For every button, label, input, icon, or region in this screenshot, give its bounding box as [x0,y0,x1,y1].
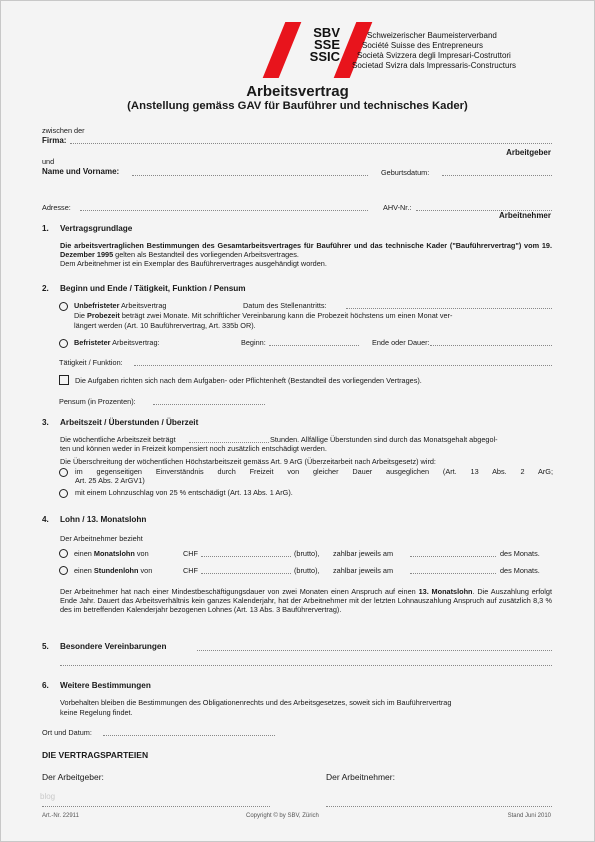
overtime-compensation-radio[interactable] [59,468,68,477]
overtime-text: Die Überschreitung der wöchentlichen Höc… [60,457,436,466]
salary-intro: Der Arbeitnehmer bezieht [60,534,143,543]
and-label: und [42,157,54,166]
section-1-title: Vertragsgrundlage [60,224,132,233]
hours-text-a: Die wöchentliche Arbeitszeit beträgt [60,435,176,444]
start-date-field[interactable] [346,308,552,309]
brutto-label: (brutto), [294,566,320,575]
page-title: Arbeitsvertrag [0,83,595,100]
name-label: Name und Vorname: [42,167,119,177]
ahv-label: AHV-Nr.: [383,203,411,212]
pensum-field[interactable] [153,404,265,405]
section-3-number: 3. [42,418,49,427]
hours-text-b: Stunden. Allfällige Überstunden sind dur… [270,435,498,444]
birthdate-field[interactable] [442,175,552,176]
section-2-title: Beginn und Ende / Tätigkeit, Funktion / … [60,284,246,293]
address-field[interactable] [80,210,368,211]
overtime-option-2: mit einem Lohnzuschlag von 25 % entschäd… [75,488,293,497]
section-4-number: 4. [42,515,49,524]
hourly-payday-field[interactable] [410,573,496,574]
payable-label: zahlbar jeweils am [333,549,393,558]
section-1-number: 1. [42,224,49,233]
org-name-rm: Societad Svizra dals Impressaris-Constru… [352,61,516,71]
hourly-wage-radio[interactable] [59,566,68,575]
watermark: blog [40,792,55,801]
begin-field[interactable] [269,345,359,346]
unlimited-contract-radio[interactable] [59,302,68,311]
section-1-text: Die arbeitsvertraglichen Bestimmungen de… [60,241,552,268]
thirteenth-salary-text: Der Arbeitnehmer hat nach einer Mindestb… [60,587,552,614]
overtime-surcharge-radio[interactable] [59,489,68,498]
page-subtitle: (Anstellung gemäss GAV für Bauführer und… [0,100,595,112]
overtime-option-1-cont: Art. 25 Abs. 2 ArGV1) [75,476,145,485]
version-date: Stand Juni 2010 [508,813,551,819]
limited-contract-label: Befristeter Arbeitsvertrag: [74,338,160,347]
currency-label: CHF [183,549,198,558]
section-6-title: Weitere Bestimmungen [60,681,151,690]
monthly-salary-radio[interactable] [59,549,68,558]
employee-signature-line[interactable] [326,806,552,807]
function-field[interactable] [134,365,552,366]
section-3-title: Arbeitszeit / Überstunden / Überzeit [60,418,198,427]
firma-field[interactable] [70,143,552,144]
section-2-number: 2. [42,284,49,293]
employer-signature-line[interactable] [42,806,270,807]
brutto-label: (brutto), [294,549,320,558]
org-name-it: Società Svizzera degli Impresari-Costrut… [357,51,511,61]
of-month-label: des Monats. [500,566,540,575]
hourly-amount-field[interactable] [201,573,291,574]
currency-label: CHF [183,566,198,575]
tasks-checkbox[interactable] [59,375,69,385]
section-4-title: Lohn / 13. Monatslohn [60,515,146,524]
between-label: zwischen der [42,126,85,135]
function-label: Tätigkeit / Funktion: [59,358,123,367]
birthdate-label: Geburtsdatum: [381,168,429,177]
monthly-amount-field[interactable] [201,556,291,557]
org-name-de: Schweizerischer Baumeisterverband [367,31,497,41]
section-6-number: 6. [42,681,49,690]
probation-text-1: Die Probezeit beträgt zwei Monate. Mit s… [74,311,452,320]
hours-text-c: ten und können weder in Freizeit kompens… [60,444,327,453]
firma-label: Firma: [42,136,66,146]
hourly-wage-label: einen Stundenlohn von [74,566,152,575]
logo-abbr: SBV SSE SSIC [300,27,340,63]
monthly-salary-label: einen Monatslohn von [74,549,149,558]
overtime-option-1: im gegenseitigen Einverständnis durch Fr… [75,467,553,476]
employee-role: Arbeitnehmer [499,211,551,221]
end-label: Ende oder Dauer: [372,338,430,347]
address-label: Adresse: [42,203,71,212]
employer-signature-label: Der Arbeitgeber: [42,772,104,782]
of-month-label: des Monats. [500,549,540,558]
section-5-number: 5. [42,642,49,651]
payable-label: zahlbar jeweils am [333,566,393,575]
probation-text-2: längert werden (Art. 10 Bauführervertrag… [74,321,256,330]
end-field[interactable] [430,345,552,346]
signatures-heading: DIE VERTRAGSPARTEIEN [42,750,148,760]
article-number: Art.-Nr. 22911 [42,813,79,819]
org-name-fr: Société Suisse des Entrepreneurs [362,41,483,51]
place-date-label: Ort und Datum: [42,728,92,737]
tasks-checkbox-label: Die Aufgaben richten sich nach dem Aufga… [75,376,422,385]
start-date-label: Datum des Stellenantritts: [243,301,327,310]
pensum-label: Pensum (in Prozenten): [59,397,136,406]
employer-role: Arbeitgeber [506,148,551,158]
monthly-payday-field[interactable] [410,556,496,557]
employee-signature-label: Der Arbeitnehmer: [326,772,395,782]
begin-label: Beginn: [241,338,266,347]
further-provisions-text-1: Vorbehalten bleiben die Bestimmungen des… [60,698,451,707]
place-date-field[interactable] [103,735,275,736]
limited-contract-radio[interactable] [59,339,68,348]
copyright: Copyright © by SBV, Zürich [246,813,319,819]
special-agreements-field-1[interactable] [197,650,552,651]
name-field[interactable] [132,175,368,176]
special-agreements-field-2[interactable] [60,665,552,666]
section-5-title: Besondere Vereinbarungen [60,642,166,651]
weekly-hours-field[interactable] [189,442,269,443]
unlimited-contract-label: Unbefristeter Arbeitsvertrag [74,301,166,310]
further-provisions-text-2: keine Regelung findet. [60,708,133,717]
